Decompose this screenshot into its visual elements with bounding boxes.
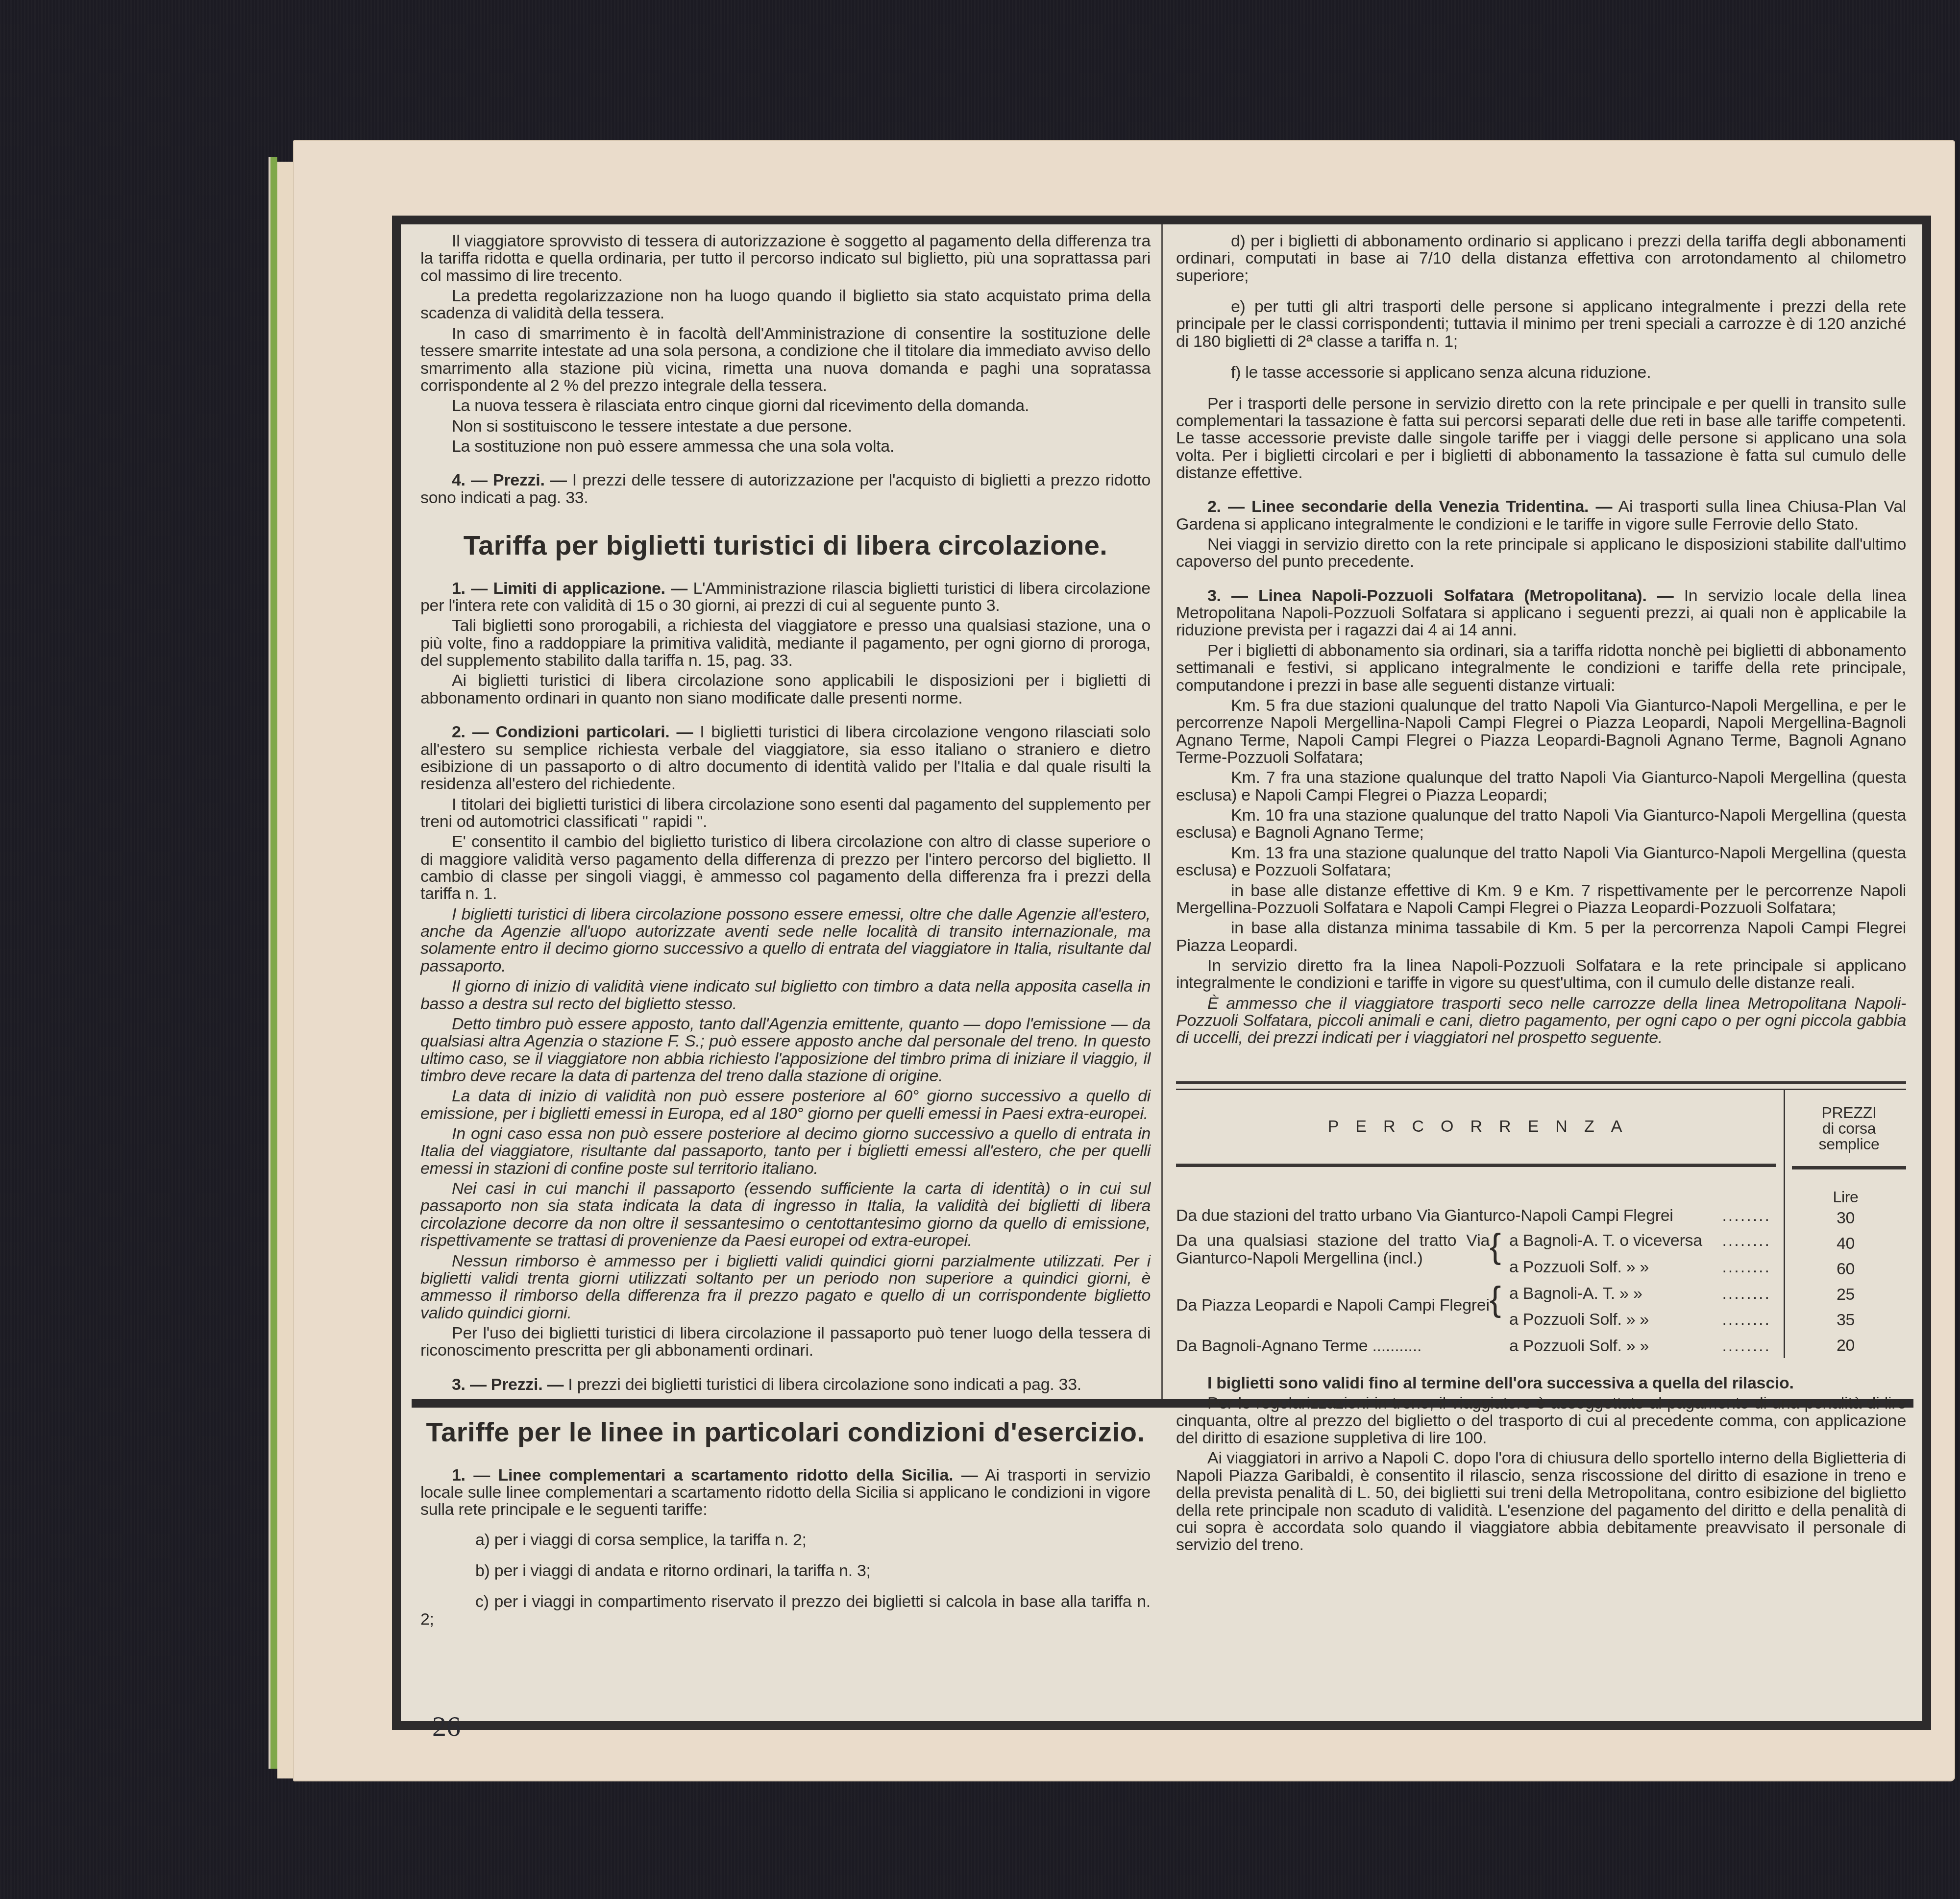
- right-column: d) per i biglietti di abbonamento ordina…: [1176, 233, 1906, 1557]
- column-divider: [1161, 224, 1163, 1400]
- paragraph: Nei viaggi in servizio diretto con la re…: [1176, 536, 1906, 571]
- paragraph: Non si sostituiscono le tessere intestat…: [420, 418, 1151, 435]
- clause-label: 1. — Limiti di applicazione. —: [452, 579, 687, 598]
- paragraph: La sostituzione non può essere ammessa c…: [420, 438, 1151, 455]
- italic-paragraph: In ogni caso essa non può essere posteri…: [420, 1125, 1151, 1177]
- table-row: Da Bagnoli-Agnano Terme ........... a Po…: [1176, 1338, 1776, 1355]
- leader-dots: ........: [1707, 1207, 1776, 1225]
- italic-paragraph: Nessun rimborso è ammesso per i bigliett…: [420, 1253, 1151, 1322]
- paragraph: In servizio diretto fra la linea Napoli-…: [1176, 957, 1906, 992]
- clause-label: 4. — Prezzi. —: [452, 471, 567, 489]
- paragraph: Per i trasporti delle persone in servizi…: [1176, 395, 1906, 482]
- paragraph-condizioni: 2. — Condizioni particolari. — I bigliet…: [420, 724, 1151, 793]
- route-to: a Pozzuoli Solf. » »: [1509, 1311, 1707, 1329]
- list-item-e: e) per tutti gli altri trasporti delle p…: [1176, 298, 1906, 350]
- list-item-c: c) per i viaggi in compartimento riserva…: [420, 1593, 1151, 1628]
- km-item: in base alle distanze effettive di Km. 9…: [1176, 882, 1906, 917]
- route-from: Da due stazioni del tratto urbano Via Gi…: [1176, 1207, 1707, 1225]
- paragraph: La predetta regolarizzazione non ha luog…: [420, 288, 1151, 322]
- italic-paragraph: Detto timbro può essere apposto, tanto d…: [420, 1016, 1151, 1085]
- km-item: Km. 5 fra due stazioni qualunque del tra…: [1176, 697, 1906, 766]
- paragraph-limiti: 1. — Limiti di applicazione. — L'Amminis…: [420, 580, 1151, 615]
- paragraph: Per l'uso dei biglietti turistici di lib…: [420, 1325, 1151, 1360]
- currency-unit: Lire: [1785, 1169, 1906, 1205]
- clause-label: 2. — Condizioni particolari. —: [452, 723, 693, 741]
- list-item-f: f) le tasse accessorie si applicano senz…: [1176, 364, 1906, 381]
- book-spine-green-edge: [269, 157, 277, 1769]
- brace: {: [1490, 1285, 1509, 1329]
- list-item-d: d) per i biglietti di abbonamento ordina…: [1176, 233, 1906, 285]
- route-to: a Bagnoli-A. T. o viceversa: [1509, 1232, 1707, 1250]
- price-cell: 30: [1785, 1205, 1906, 1231]
- table-price-column: PREZZI di corsa semplice Lire 30 40 60 2…: [1785, 1090, 1906, 1358]
- brace: {: [1490, 1232, 1509, 1276]
- route-from: Da una qualsiasi stazione del tratto Via…: [1176, 1232, 1490, 1276]
- price-cell: 20: [1785, 1333, 1906, 1358]
- italic-paragraph: I biglietti turistici di libera circolaz…: [420, 906, 1151, 975]
- clause-label: 3. — Linea Napoli-Pozzuoli Solfatara (Me…: [1207, 586, 1673, 605]
- clause-label: 3. — Prezzi. —: [452, 1375, 563, 1394]
- table-row: Da una qualsiasi stazione del tratto Via…: [1176, 1232, 1776, 1276]
- paragraph-metropolitana: 3. — Linea Napoli-Pozzuoli Solfatara (Me…: [1176, 587, 1906, 639]
- paragraph-validita: I biglietti sono validi fino al termine …: [1176, 1375, 1906, 1392]
- paragraph-venezia-tridentina: 2. — Linee secondarie della Venezia Trid…: [1176, 498, 1906, 533]
- paragraph: Ai viaggiatori in arrivo a Napoli C. dop…: [1176, 1450, 1906, 1554]
- leader-dots: ........: [1707, 1285, 1771, 1303]
- left-column: Il viaggiatore sprovvisto di tessera di …: [420, 233, 1151, 1642]
- table-row: Da due stazioni del tratto urbano Via Gi…: [1176, 1207, 1776, 1225]
- table-top-rule: [1176, 1081, 1906, 1090]
- route-to: a Pozzuoli Solf. » »: [1509, 1338, 1707, 1355]
- italic-paragraph: Il giorno di inizio di validità viene in…: [420, 978, 1151, 1013]
- paragraph: E' consentito il cambio del biglietto tu…: [420, 833, 1151, 902]
- paragraph: Per i biglietti di abbonamento sia ordin…: [1176, 642, 1906, 694]
- paragraph-sicilia: 1. — Linee complementari a scartamento r…: [420, 1467, 1151, 1519]
- table-left-area: PERCORRENZA Da due stazioni del tratto u…: [1176, 1090, 1784, 1358]
- price-cell: 35: [1785, 1307, 1906, 1333]
- header-percorrenza: PERCORRENZA: [1176, 1090, 1776, 1167]
- clause-label: 1. — Linee complementari a scartamento r…: [452, 1466, 978, 1485]
- paragraph: La nuova tessera è rilasciata entro cinq…: [420, 397, 1151, 414]
- route-to: a Pozzuoli Solf. » »: [1509, 1259, 1707, 1276]
- paragraph: Il viaggiatore sprovvisto di tessera di …: [420, 233, 1151, 285]
- paragraph-prezzi-3: 3. — Prezzi. — I prezzi dei biglietti tu…: [420, 1376, 1151, 1393]
- paragraph: Per le regolarizzazioni in treno, il via…: [1176, 1395, 1906, 1447]
- leader-dots: ........: [1707, 1311, 1771, 1329]
- leader-dots: ........: [1707, 1338, 1776, 1355]
- km-item: Km. 10 fra una stazione qualunque del tr…: [1176, 807, 1906, 842]
- price-cell: 60: [1785, 1256, 1906, 1282]
- price-cell: 25: [1785, 1282, 1906, 1307]
- leader-dots: ........: [1707, 1232, 1771, 1250]
- section-title-linee: Tariffe per le linee in particolari cond…: [420, 1417, 1151, 1447]
- header-prezzi: PREZZI di corsa semplice: [1792, 1090, 1906, 1169]
- paragraph: Ai biglietti turistici di libera circola…: [420, 672, 1151, 707]
- paragraph-prezzi-4: 4. — Prezzi. — I prezzi delle tessere di…: [420, 472, 1151, 507]
- paragraph: Tali biglietti sono prorogabili, a richi…: [420, 617, 1151, 669]
- leader-dots: ........: [1707, 1259, 1771, 1276]
- price-cell: 40: [1785, 1231, 1906, 1256]
- paragraph: I titolari dei biglietti turistici di li…: [420, 796, 1151, 831]
- list-item-b: b) per i viaggi di andata e ritorno ordi…: [420, 1562, 1151, 1580]
- clause-label: 2. — Linee secondarie della Venezia Trid…: [1207, 497, 1612, 516]
- route-to: a Bagnoli-A. T. » »: [1509, 1285, 1707, 1303]
- fare-table: PERCORRENZA Da due stazioni del tratto u…: [1176, 1081, 1906, 1358]
- km-item: Km. 7 fra una stazione qualunque del tra…: [1176, 769, 1906, 804]
- italic-paragraph: La data di inizio di validità non può es…: [420, 1088, 1151, 1122]
- table-row: Da Piazza Leopardi e Napoli Campi Flegre…: [1176, 1285, 1776, 1329]
- list-item-a: a) per i viaggi di corsa semplice, la ta…: [420, 1532, 1151, 1549]
- km-item: in base alla distanza minima tassabile d…: [1176, 920, 1906, 954]
- italic-paragraph: Nei casi in cui manchi il passaporto (es…: [420, 1180, 1151, 1249]
- km-item: Km. 13 fra una stazione qualunque del tr…: [1176, 845, 1906, 879]
- table-body: Da due stazioni del tratto urbano Via Gi…: [1176, 1167, 1784, 1355]
- route-from: Da Bagnoli-Agnano Terme ...........: [1176, 1338, 1490, 1355]
- section-title-turistici: Tariffa per biglietti turistici di liber…: [420, 530, 1151, 560]
- page-number: 26: [432, 1710, 461, 1743]
- paragraph: In caso di smarrimento è in facoltà dell…: [420, 325, 1151, 394]
- route-from: Da Piazza Leopardi e Napoli Campi Flegre…: [1176, 1285, 1490, 1329]
- italic-paragraph: È ammesso che il viaggiatore trasporti s…: [1176, 995, 1906, 1047]
